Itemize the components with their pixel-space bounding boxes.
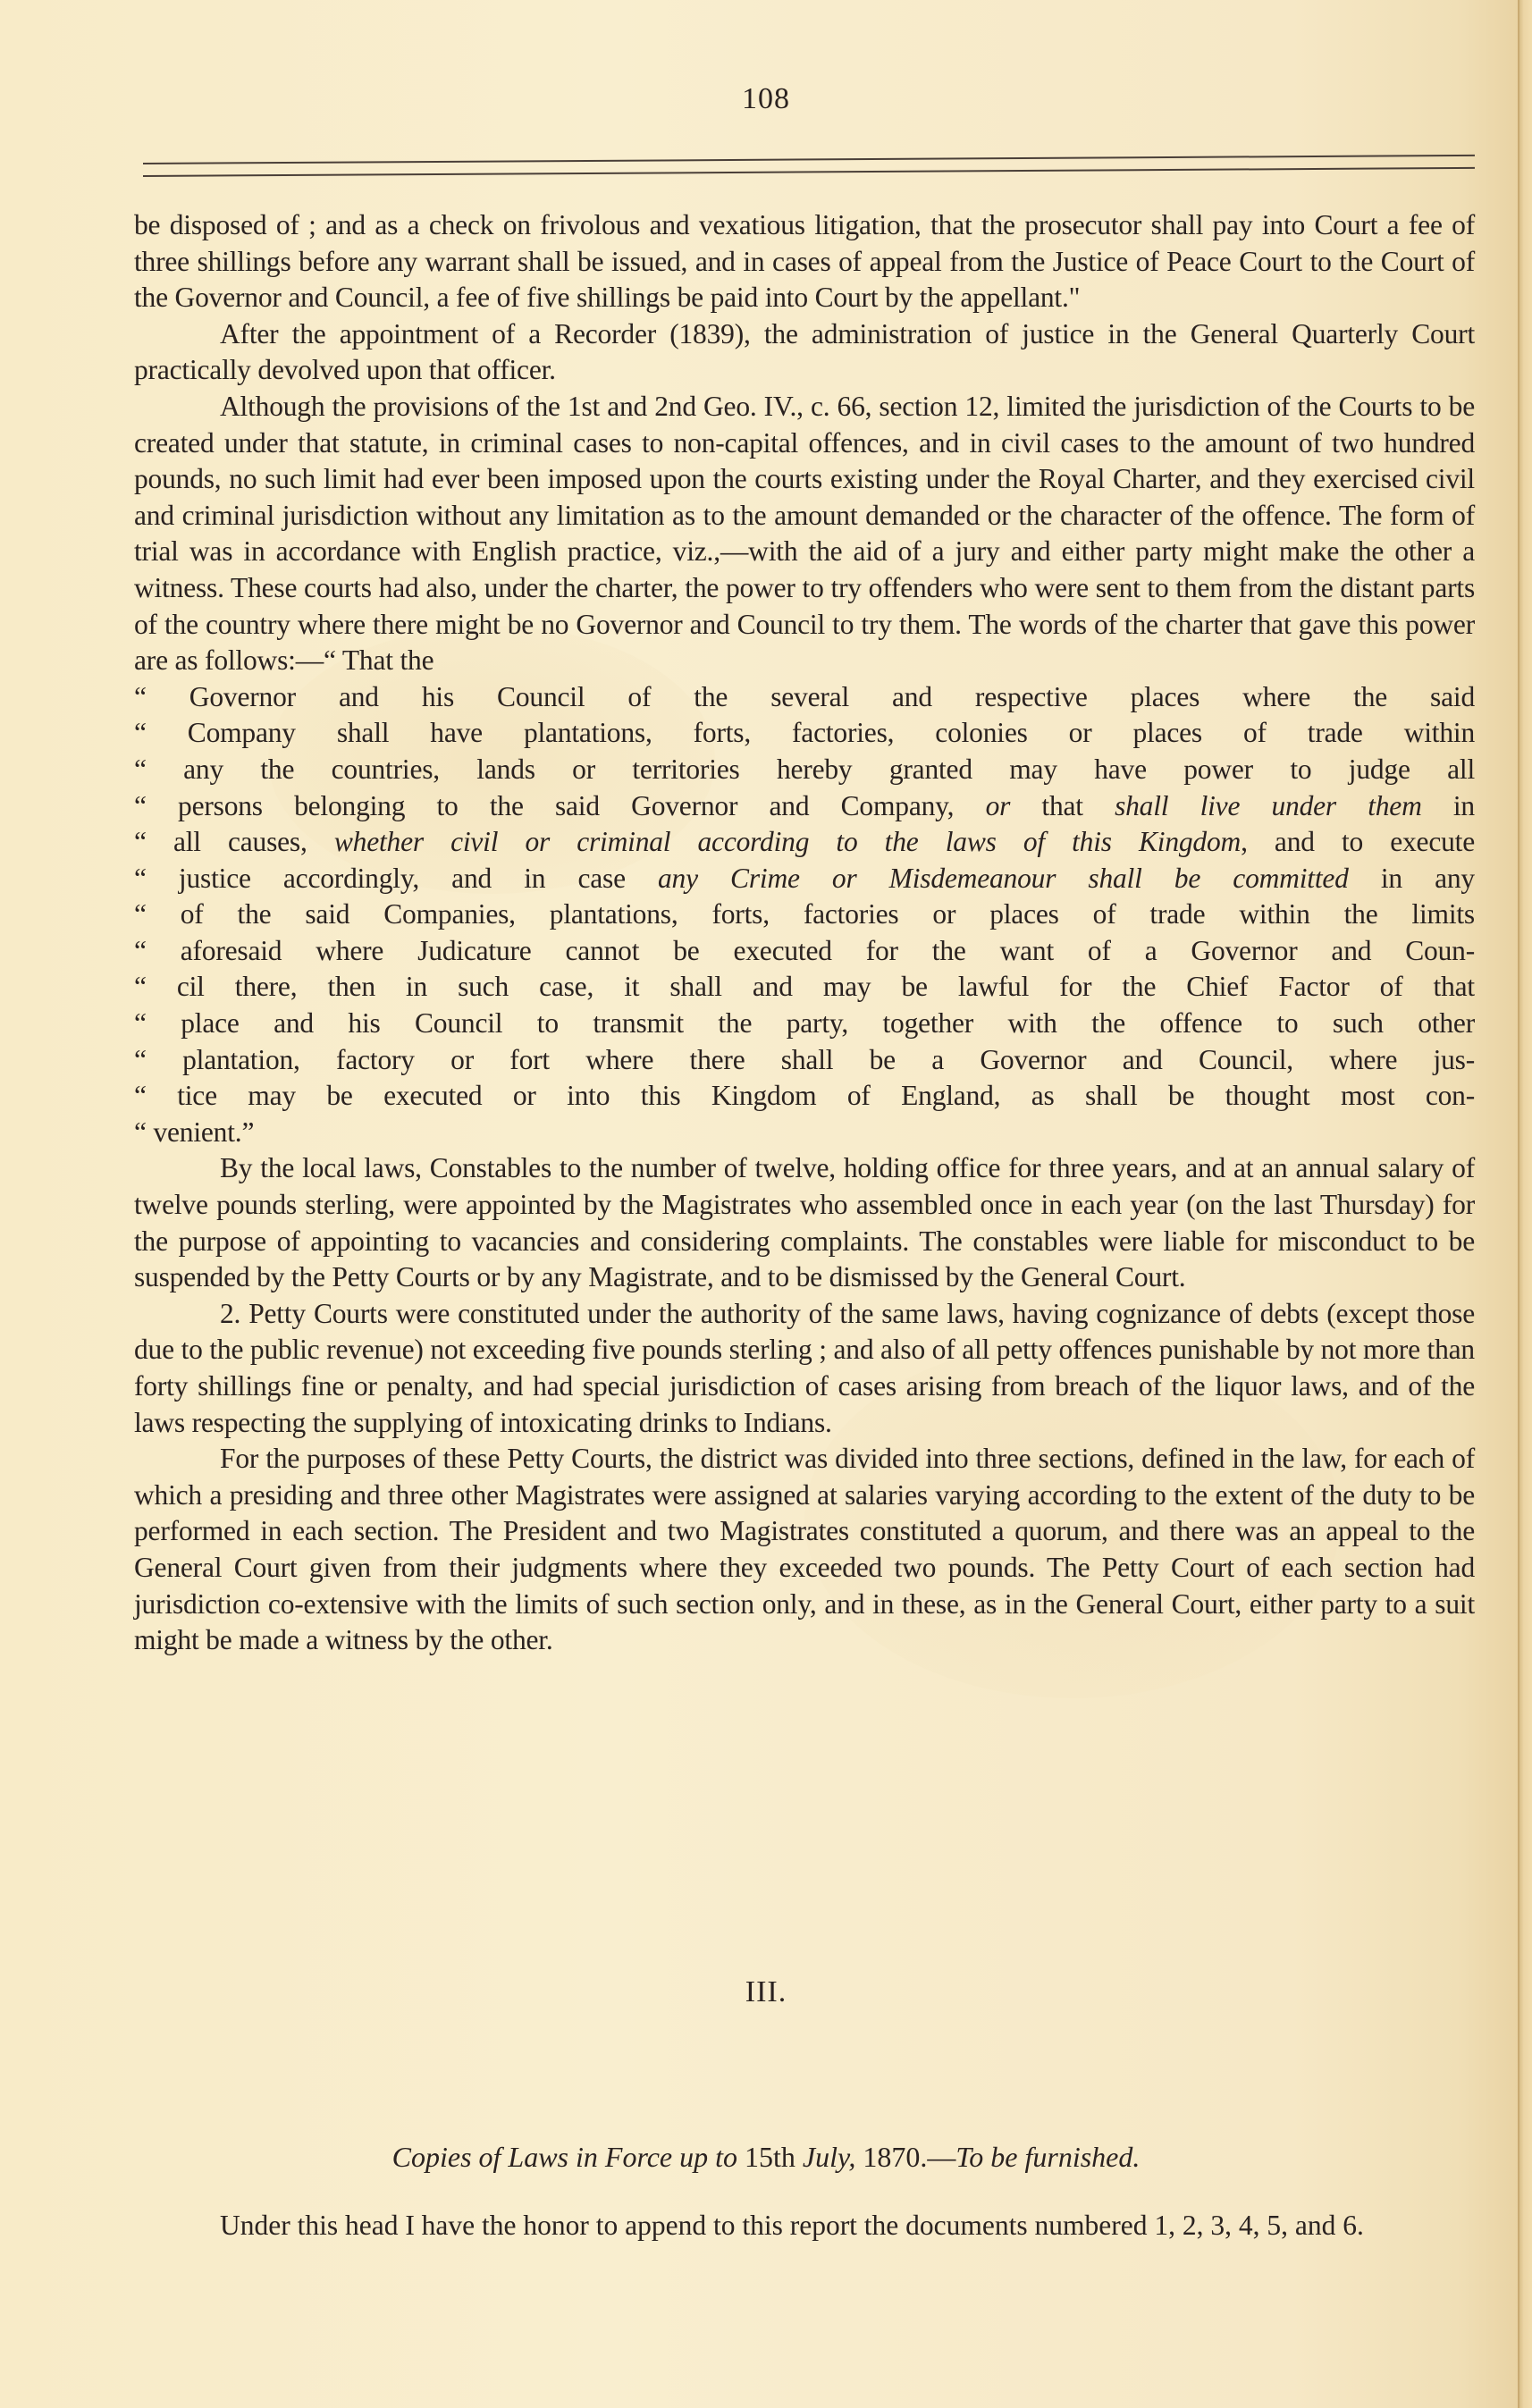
quote-line: “ place and his Council to transmit the … (134, 1006, 1475, 1042)
paragraph-3: Although the provisions of the 1st and 2… (134, 389, 1475, 679)
paragraph-petty-court-sections: For the purposes of these Petty Courts, … (134, 1441, 1475, 1659)
closing-text: Under this head I have the honor to appe… (134, 2208, 1475, 2244)
quote-text: “ aforesaid where Judicature cannot be e… (134, 935, 1475, 966)
quote-italic-text: any Crime or Misdemeanour shall be commi… (658, 863, 1349, 894)
quote-text: “ all causes, (134, 826, 334, 857)
quote-line: “ aforesaid where Judicature cannot be e… (134, 933, 1475, 970)
quote-text: “ Governor and his Council of the severa… (134, 681, 1475, 712)
section-heading: III. (0, 1975, 1532, 2009)
subtitle-part: Copies of Laws in Force up to (392, 2141, 745, 2173)
quote-text: “ place and his Council to transmit the … (134, 1007, 1475, 1039)
quote-line: “ justice accordingly, and in case any C… (134, 861, 1475, 897)
paragraph-1: be disposed of ; and as a check on frivo… (134, 207, 1475, 316)
quote-line: “ all causes, whether civil or criminal … (134, 824, 1475, 861)
quote-line: “ Company shall have plantations, forts,… (134, 715, 1475, 752)
quote-text: “ persons belonging to the said Governor… (134, 790, 986, 821)
subtitle-part: July, (795, 2141, 863, 2173)
paragraph-petty-courts: 2. Petty Courts were constituted under t… (134, 1296, 1475, 1441)
quote-text: “ cil there, then in such case, it shall… (134, 971, 1475, 1002)
quote-text: , and to execute (1241, 826, 1475, 857)
quote-text: “ of the said Companies, plantations, fo… (134, 898, 1475, 930)
quote-text: “ plantation, factory or fort where ther… (134, 1044, 1475, 1075)
quote-line: “ of the said Companies, plantations, fo… (134, 897, 1475, 933)
quote-text: “ tice may be executed or into this King… (134, 1080, 1475, 1111)
quote-line: “ persons belonging to the said Governor… (134, 788, 1475, 825)
paragraph-constables: By the local laws, Constables to the num… (134, 1150, 1475, 1295)
quote-italic-text: whether civil or criminal according to t… (334, 826, 1241, 857)
quote-line: “ Governor and his Council of the severa… (134, 679, 1475, 716)
subtitle-year: 1870.— (863, 2141, 955, 2173)
quote-text: “ venient.” (134, 1116, 254, 1148)
quote-line: “ tice may be executed or into this King… (134, 1078, 1475, 1115)
closing-paragraph: Under this head I have the honor to appe… (134, 2208, 1475, 2244)
quote-text: “ justice accordingly, and in case (134, 863, 658, 894)
quote-text: in (1422, 790, 1475, 821)
quote-text: “ any the countries, lands or territorie… (134, 754, 1475, 785)
section-subtitle: Copies of Laws in Force up to 15th July,… (0, 2141, 1532, 2174)
quote-italic-text: or (986, 790, 1011, 821)
quote-line: “ plantation, factory or fort where ther… (134, 1042, 1475, 1079)
subtitle-date: 15th (745, 2141, 795, 2173)
charter-quotation: “ Governor and his Council of the severa… (134, 679, 1475, 1151)
quote-text: “ Company shall have plantations, forts,… (134, 717, 1475, 748)
paragraph-2: After the appointment of a Recorder (183… (134, 316, 1475, 389)
quote-line: “ cil there, then in such case, it shall… (134, 969, 1475, 1006)
quote-text: in any (1349, 863, 1475, 894)
quote-line: “ any the countries, lands or territorie… (134, 752, 1475, 788)
quote-line: “ venient.” (134, 1115, 1475, 1151)
quote-text: that (1010, 790, 1115, 821)
page-number: 108 (0, 82, 1532, 116)
quote-italic-text: shall live under them (1115, 790, 1422, 821)
page-edge (1518, 0, 1532, 2408)
body-text: be disposed of ; and as a check on frivo… (134, 207, 1475, 1659)
subtitle-part: To be furnished. (955, 2141, 1140, 2173)
